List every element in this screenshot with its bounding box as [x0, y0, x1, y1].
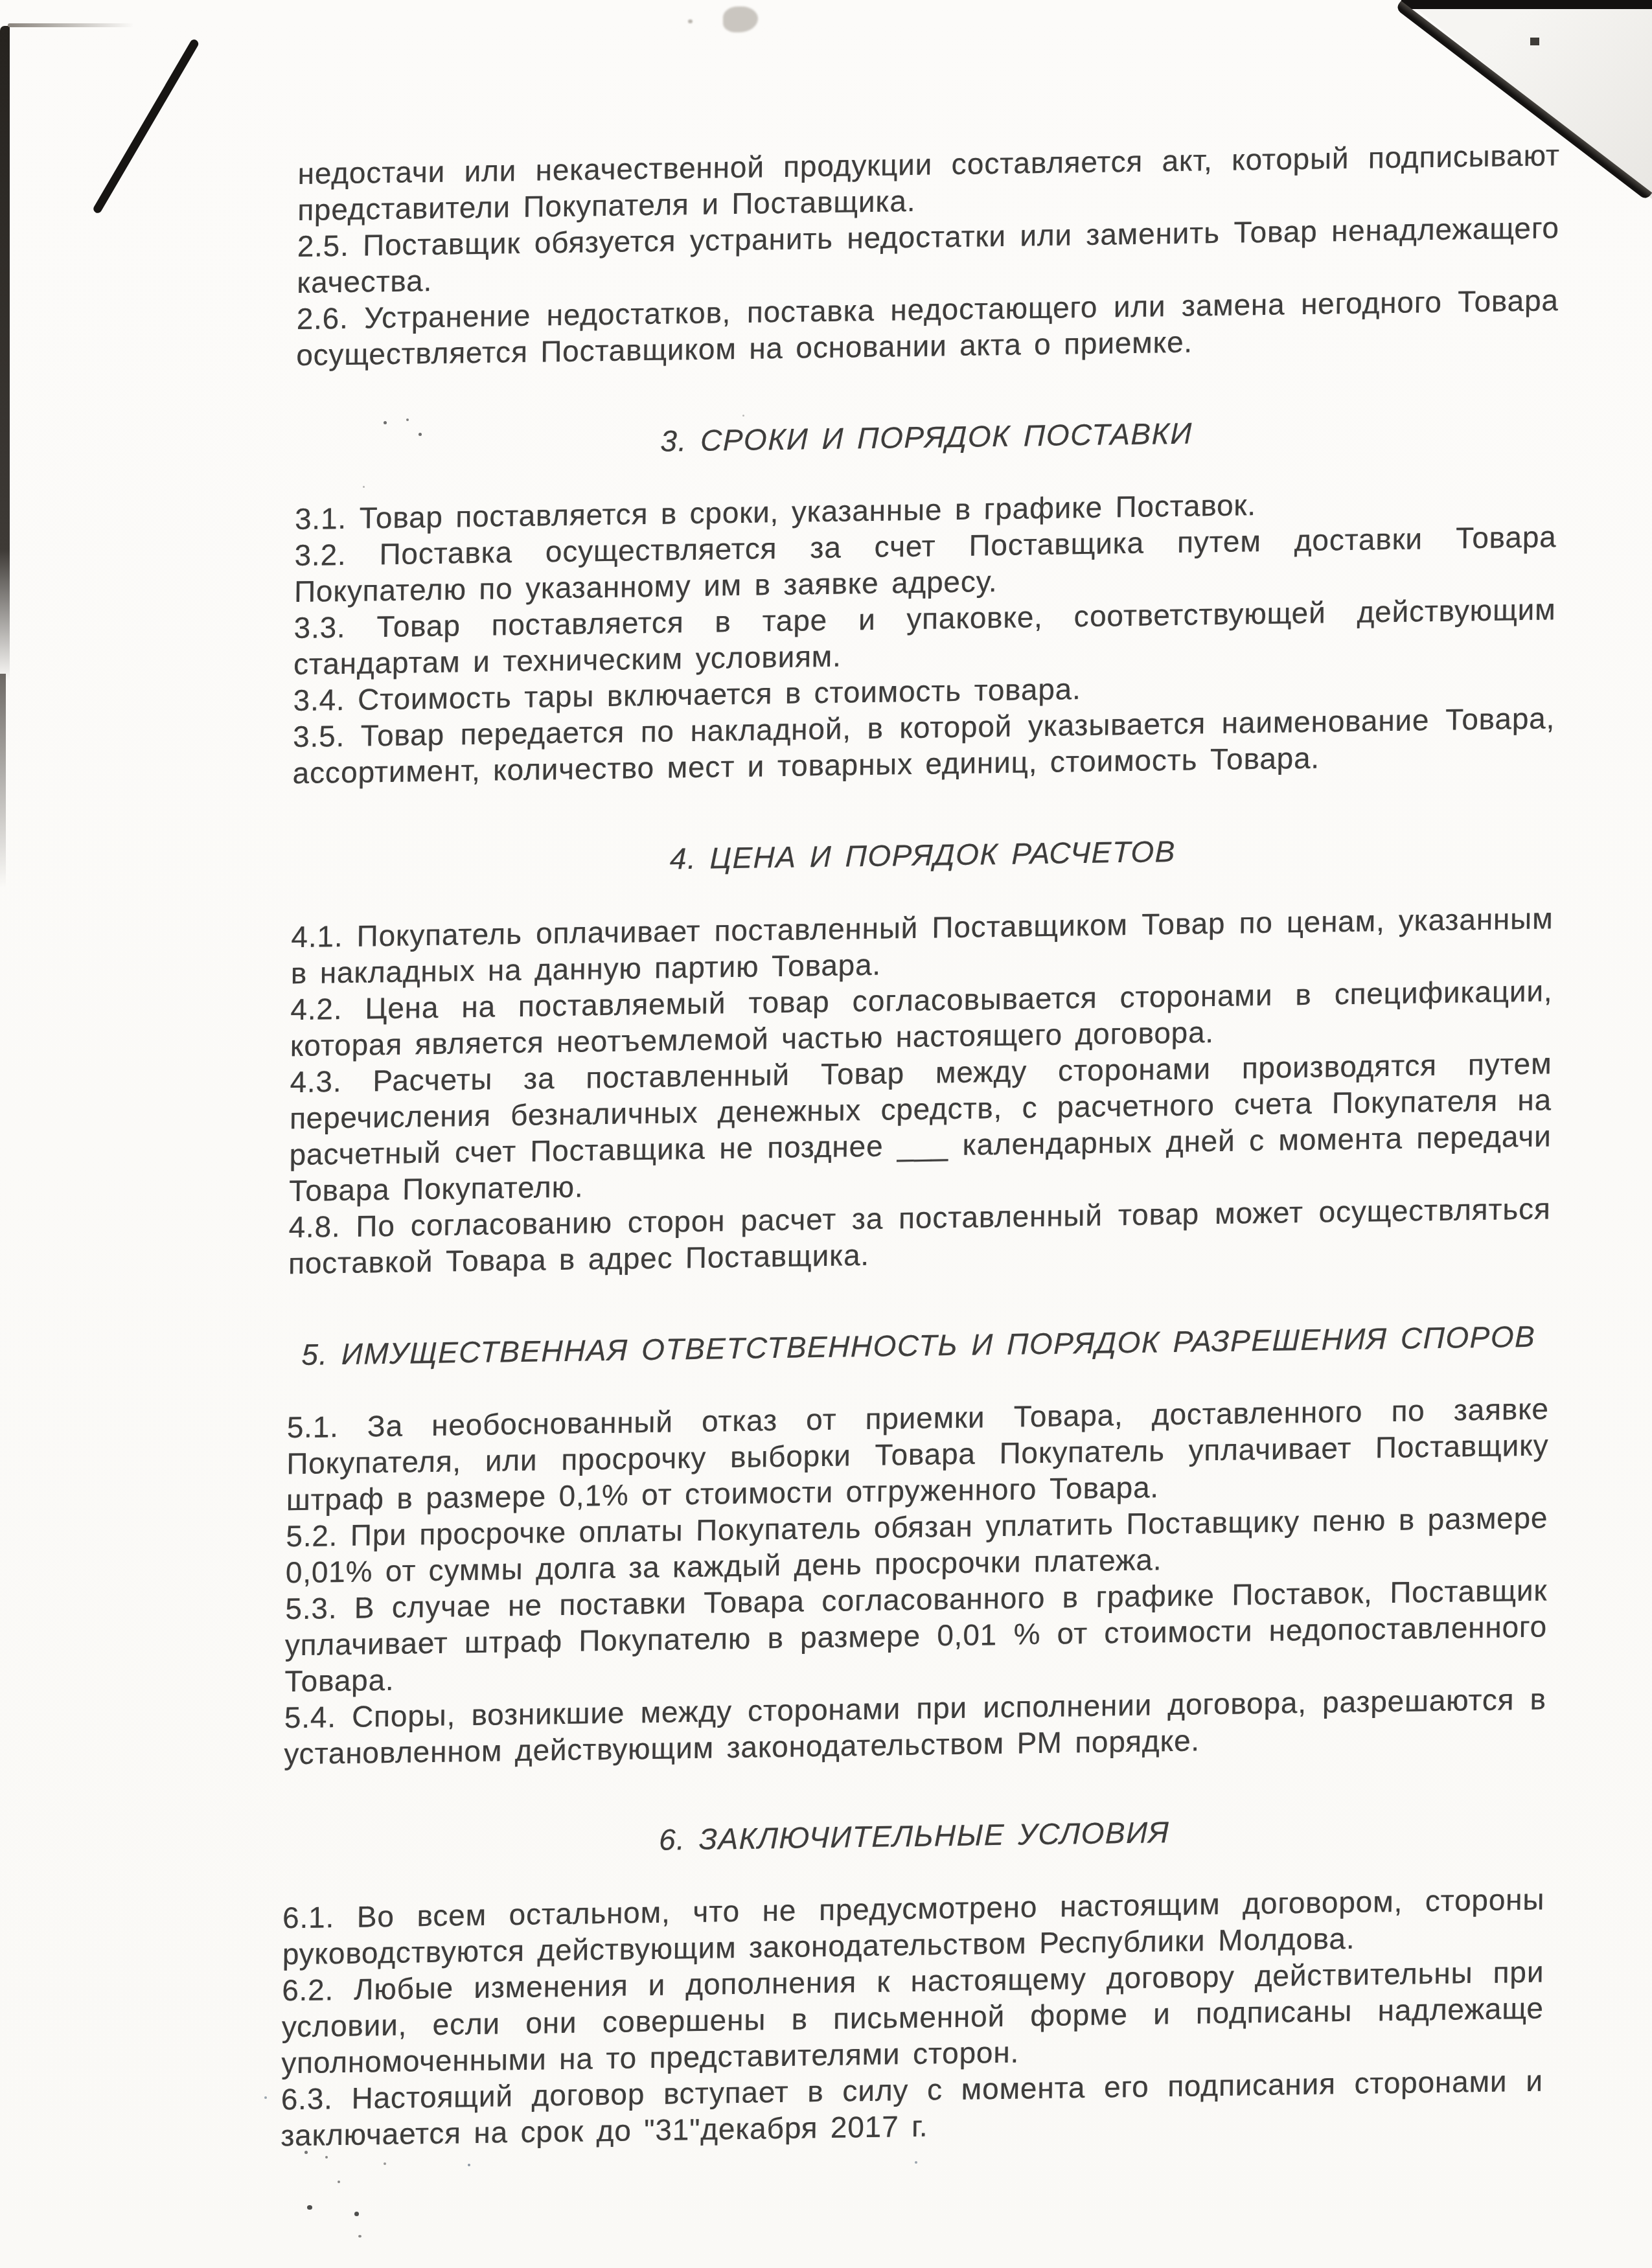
- scanner-edge-top-line: [8, 23, 134, 27]
- contract-text-column: недостачи или некачественной продукции с…: [281, 137, 1560, 2153]
- scan-speck: [384, 421, 387, 424]
- scan-speck: [419, 433, 422, 436]
- section-6-heading: 6. ЗАКЛЮЧИТЕЛЬНЫЕ УСЛОВИЯ: [283, 1808, 1545, 1863]
- scan-speck: [358, 2235, 361, 2238]
- section-4-heading: 4. ЦЕНА И ПОРЯДОК РАСЧЕТОВ: [292, 827, 1554, 882]
- scanner-edge-shadow-tail: [0, 674, 6, 888]
- scan-speck: [264, 2096, 267, 2099]
- clause-4-3: 4.3. Расчеты за поставленный Товар между…: [289, 1045, 1552, 1209]
- section-3-heading: 3. СРОКИ И ПОРЯДОК ПОСТАВКИ: [295, 409, 1557, 464]
- clause-5-3: 5.3. В случае не поставки Товара согласо…: [284, 1572, 1547, 1699]
- scan-speck: [304, 2151, 308, 2154]
- folded-corner-speck: [1530, 38, 1539, 45]
- scanner-edge-shadow: [0, 26, 10, 680]
- clause-6-2: 6.2. Любые изменения и дополнения к наст…: [281, 1953, 1544, 2081]
- scan-speck: [915, 2161, 917, 2164]
- clause-5-1: 5.1. За необоснованный отказ от приемки …: [286, 1390, 1549, 1518]
- scan-speck: [307, 2205, 312, 2210]
- gray-smudge: [723, 6, 758, 32]
- gray-smudge-dot: [688, 19, 693, 23]
- scan-speck: [354, 2212, 359, 2216]
- scan-speck: [363, 486, 365, 488]
- scan-speck: [384, 2162, 386, 2165]
- scan-speck: [406, 418, 409, 421]
- scan-speck: [325, 2156, 328, 2159]
- scan-speck: [742, 415, 744, 417]
- folded-corner-top-edge: [1401, 0, 1652, 9]
- section-5-heading: 5. ИМУЩЕСТВЕННАЯ ОТВЕТСТВЕННОСТЬ И ПОРЯД…: [288, 1318, 1550, 1373]
- pen-stroke-mark: [92, 38, 200, 214]
- scan-speck: [338, 2181, 340, 2183]
- scan-speck: [468, 2164, 470, 2166]
- scanned-contract-page: недостачи или некачественной продукции с…: [0, 0, 1652, 2268]
